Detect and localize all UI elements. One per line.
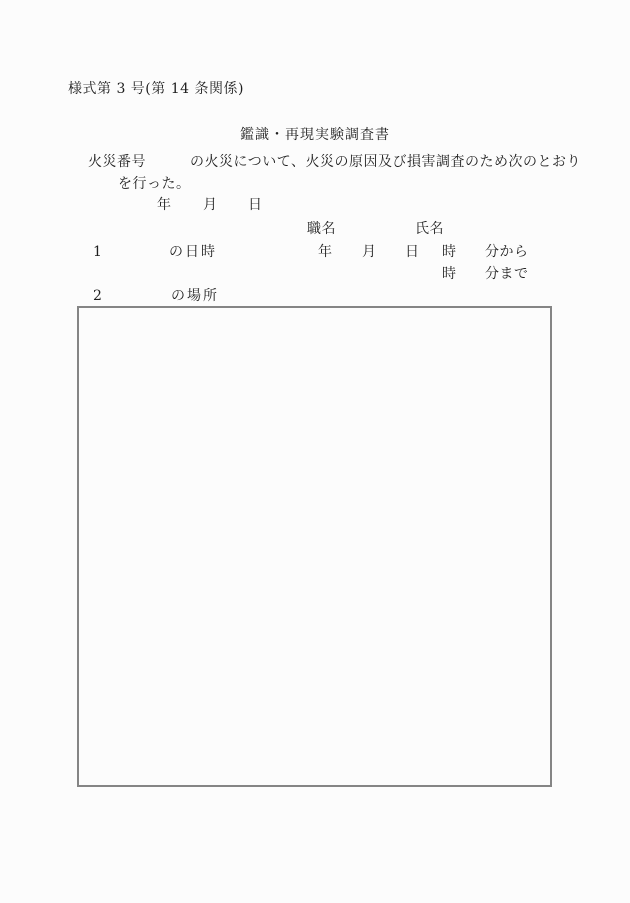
item1-minute-to-label: 分まで	[485, 266, 529, 282]
item1-label: の日時	[169, 244, 217, 260]
fire-number-label: 火災番号	[88, 154, 146, 170]
report-date-month-label: 月	[203, 197, 218, 213]
signer-name-label: 氏名	[415, 221, 444, 237]
document-title: 鑑識・再現実験調査書	[0, 127, 630, 143]
item1-number: 1	[93, 244, 102, 260]
intro-line2: を行った。	[118, 176, 191, 192]
intro-line1: の火災について、火災の原因及び損害調査のため次のとおり	[190, 154, 581, 170]
item1-day-label: 日	[405, 244, 420, 260]
attachment-box	[77, 306, 552, 787]
document-page: 様式第 3 号(第 14 条関係) 鑑識・再現実験調査書 火災番号 の火災につい…	[0, 0, 630, 903]
report-date-year-label: 年	[157, 197, 172, 213]
item1-hour-from-label: 時	[442, 244, 457, 260]
signer-position-label: 職名	[307, 221, 336, 237]
item1-year-label: 年	[318, 244, 333, 260]
form-number: 様式第 3 号(第 14 条関係)	[68, 81, 244, 97]
item1-hour-to-label: 時	[442, 266, 457, 282]
item2-label: の場所	[171, 288, 219, 304]
item2-number: 2	[93, 288, 102, 304]
report-date-day-label: 日	[248, 197, 263, 213]
item1-month-label: 月	[362, 244, 377, 260]
item1-minute-from-label: 分から	[485, 244, 529, 260]
